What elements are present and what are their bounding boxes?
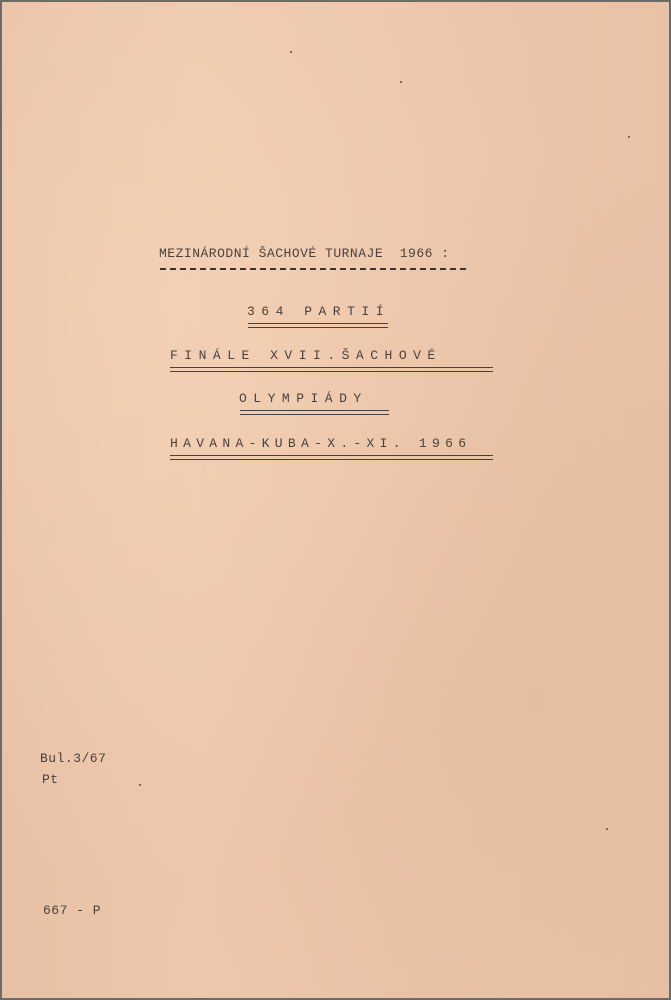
title-line-location-text: HAVANA-KUBA-X.-XI. 1966 xyxy=(170,436,471,451)
typist-initials: Pt xyxy=(42,772,59,787)
paper-speck xyxy=(139,784,141,786)
document-page: MEZINÁRODNÍ ŠACHOVÉ TURNAJE 1966 : 364 P… xyxy=(2,2,669,998)
title-line-games-underline xyxy=(248,323,388,328)
document-number: 667 - P xyxy=(43,903,101,918)
title-line-final-text: FINÁLE XVII.ŠACHOVÉ xyxy=(170,348,442,363)
title-line-olympiad: OLYMPIÁDY xyxy=(239,391,368,406)
title-line-location: HAVANA-KUBA-X.-XI. 1966 xyxy=(170,436,471,451)
bulletin-reference: Bul.3/67 xyxy=(40,751,106,766)
title-line-games-text: 364 PARTIÍ xyxy=(247,304,390,319)
paper-speck xyxy=(290,51,292,53)
title-line-olympiad-underline xyxy=(240,410,389,415)
title-line-location-underline xyxy=(170,455,493,460)
paper-speck xyxy=(628,136,630,138)
heading-underline xyxy=(160,268,466,270)
paper-speck xyxy=(606,828,608,830)
title-line-final-underline xyxy=(170,367,493,372)
paper-speck xyxy=(400,81,402,83)
title-line-games: 364 PARTIÍ xyxy=(247,304,390,319)
document-heading: MEZINÁRODNÍ ŠACHOVÉ TURNAJE 1966 : xyxy=(159,246,450,261)
title-line-final: FINÁLE XVII.ŠACHOVÉ xyxy=(170,348,442,363)
title-line-olympiad-text: OLYMPIÁDY xyxy=(239,391,368,406)
